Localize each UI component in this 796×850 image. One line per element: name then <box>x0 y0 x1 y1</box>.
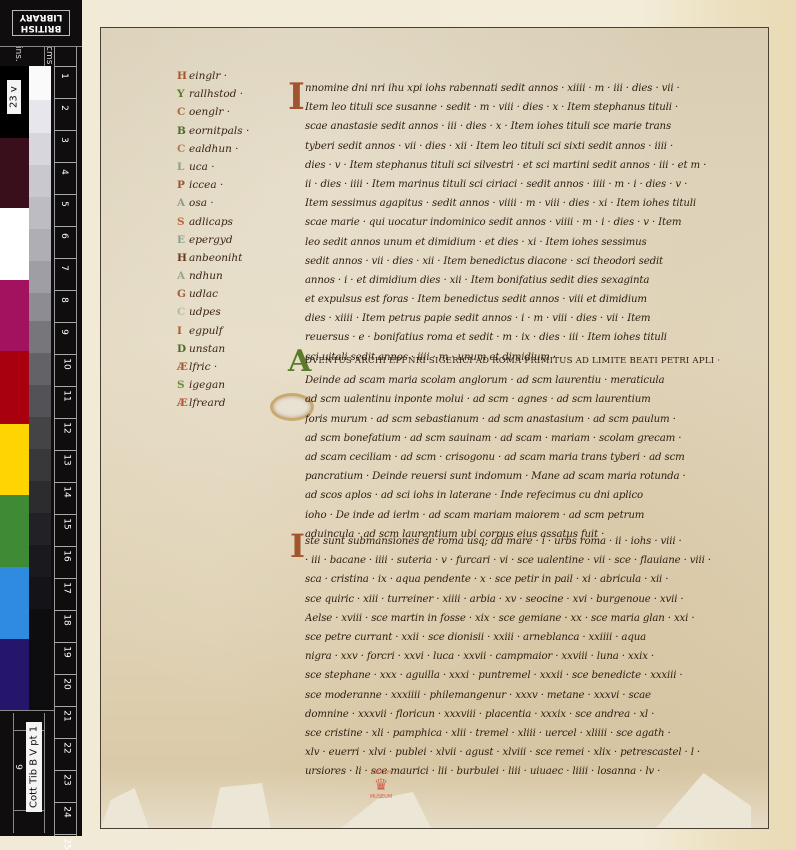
cm-tick: 13 <box>62 454 72 465</box>
ruler-divider <box>44 713 45 833</box>
cm-tick: 12 <box>62 422 72 433</box>
torn-area <box>211 783 271 828</box>
list-text: epergyd <box>189 234 233 246</box>
list-initial: A <box>177 267 189 285</box>
text-line: ioho · De inde ad ierlm · ad scam mariam… <box>305 506 765 525</box>
section2-heading: DVENTUS ARCHI EPI NRI SIGERICI AD ROMA P… <box>305 352 765 371</box>
list-item: Beornitpals · <box>177 122 287 140</box>
text-line: sce cristine · xli · pamphica · xlii · t… <box>305 724 770 743</box>
list-text: udpes <box>189 306 221 318</box>
text-line: dies · v · Item stephanus tituli sci sil… <box>305 156 765 175</box>
cm-tick: 3 <box>59 137 69 143</box>
text-line: · iii · bacane · iiii · suteria · v · fu… <box>305 551 770 570</box>
cm-tick: 15 <box>62 518 72 529</box>
swatch-yellow <box>0 424 29 495</box>
list-item: Heinglr · <box>177 67 287 85</box>
list-initial: Y <box>177 85 189 103</box>
cm-tick: 9 <box>59 329 69 335</box>
text-line: sce petre currant · xxii · sce dionisii … <box>305 628 770 647</box>
section3-text: ste sunt submansiones de roma usq; ad ma… <box>305 532 770 781</box>
text-line: et expulsus est foras · Item benedictus … <box>305 290 765 309</box>
grey-step <box>29 197 51 229</box>
cm-tick: 5 <box>59 201 69 207</box>
list-initial: I <box>177 322 189 340</box>
list-initial: L <box>177 158 189 176</box>
grey-step <box>29 513 51 545</box>
grey-step <box>29 229 51 261</box>
cm-tick: 4 <box>59 169 69 175</box>
cm-tick: 20 <box>62 678 72 689</box>
cm-tick: 16 <box>62 550 72 561</box>
list-text: adlicaps <box>189 216 233 228</box>
list-initial: D <box>177 340 189 358</box>
list-text: einglr · <box>189 70 227 82</box>
text-line: sce moderanne · xxxiiii · philemangenur … <box>305 686 770 705</box>
cm-scale: 1 2 3 4 5 6 7 8 9 10 11 12 13 14 15 16 1… <box>54 46 77 836</box>
list-item: Gudlac <box>177 285 287 303</box>
list-initial: P <box>177 176 189 194</box>
text-line: ii · dies · iiii · Item marinus tituli s… <box>305 175 765 194</box>
list-item: Eepergyd <box>177 231 287 249</box>
text-line: annos · i · et dimidium dies · xii · Ite… <box>305 271 765 290</box>
grey-step <box>29 545 51 577</box>
shelfmark-label: Cott Tib B V pt 1 <box>26 722 42 812</box>
list-item: Andhun <box>177 267 287 285</box>
text-line: scae marie · qui uocatur indominico sedi… <box>305 213 765 232</box>
text-line: Aelse · xviii · sce martin in fosse · xi… <box>305 609 770 628</box>
cm-tick: 1 <box>59 73 69 79</box>
swatch-magenta <box>0 280 29 351</box>
british-museum-stamp: BRITISH ♛ MUSEUM <box>360 770 402 808</box>
swatch-maroon <box>0 138 29 208</box>
list-item: Yrallhstod · <box>177 85 287 103</box>
swatch-blue <box>0 567 29 639</box>
list-item: Ælfric · <box>177 358 287 376</box>
grey-step <box>29 577 51 609</box>
cm-tick: 21 <box>62 710 72 721</box>
list-item: Ælfreard <box>177 394 287 412</box>
list-item: Hanbeoniht <box>177 249 287 267</box>
british-library-logo: BRITISH LIBRARY <box>12 10 70 36</box>
list-text: egpulf <box>189 325 223 337</box>
ruler-divider <box>44 46 45 66</box>
text-line: nnomine dni nri ihu xpi iohs rabennati s… <box>305 79 765 98</box>
list-text: ealdhun · <box>189 143 239 155</box>
list-initial: A <box>177 194 189 212</box>
grey-step <box>29 609 51 710</box>
list-initial: E <box>177 231 189 249</box>
swatch-white <box>0 208 29 280</box>
list-item: Luca · <box>177 158 287 176</box>
ruler-divider <box>0 710 54 711</box>
list-initial: C <box>177 303 189 321</box>
list-initial: S <box>177 213 189 231</box>
cm-tick: 10 <box>62 358 72 369</box>
cm-tick: 14 <box>62 486 72 497</box>
text-line: sedit annos · vii · dies · xii · Item be… <box>305 252 765 271</box>
text-line: Item leo tituli sce susanne · sedit · m … <box>305 98 765 117</box>
text-line: ad scm bonefatium · ad scm sauinam · ad … <box>305 429 765 448</box>
grey-step <box>29 261 51 293</box>
text-line: reuersus · e · bonifatius roma et sedit … <box>305 328 765 347</box>
text-line: leo sedit annos unum et dimidium · et di… <box>305 233 765 252</box>
swatch-red <box>0 351 29 424</box>
list-item: Dunstan <box>177 340 287 358</box>
grey-step <box>29 321 51 353</box>
cm-tick: 8 <box>59 297 69 303</box>
text-line: dies · xiiii · Item petrus papie sedit a… <box>305 309 765 328</box>
list-initial: S <box>177 376 189 394</box>
list-initial: C <box>177 103 189 121</box>
list-text: uca · <box>189 161 215 173</box>
list-text: lfric · <box>189 361 217 373</box>
cm-tick: 24 <box>62 806 72 817</box>
list-text: udlac <box>189 288 218 300</box>
list-text: rallhstod · <box>189 88 243 100</box>
list-text: oenglr · <box>189 106 230 118</box>
list-item: Sigegan <box>177 376 287 394</box>
cms-label: cms <box>44 46 54 62</box>
text-line: domnine · xxxvii · floricun · xxxviii · … <box>305 705 770 724</box>
text-line: pancratium · Deinde reuersi sunt indomum… <box>305 467 765 486</box>
list-item: Cealdhun · <box>177 140 287 158</box>
list-item: Cudpes <box>177 303 287 321</box>
grey-step <box>29 133 51 165</box>
grey-step <box>29 293 51 321</box>
ruler-divider <box>13 713 14 833</box>
list-initial: H <box>177 249 189 267</box>
margin-name-list: Heinglr · Yrallhstod · Coenglr · Beornit… <box>177 67 287 413</box>
stamp-bottom-text: MUSEUM <box>360 794 402 800</box>
cm-tick: 7 <box>59 265 69 271</box>
text-line: tyberi sedit annos · vii · dies · xii · … <box>305 137 765 156</box>
list-text: igegan <box>189 379 225 391</box>
section2-text: DVENTUS ARCHI EPI NRI SIGERICI AD ROMA P… <box>305 352 765 544</box>
text-line: foris murum · ad scm sebastianum · ad sc… <box>305 410 765 429</box>
text-line: sca · cristina · ix · aqua pendente · x … <box>305 570 770 589</box>
inches-label: ins. <box>13 46 23 62</box>
grey-step <box>29 353 51 385</box>
cm-tick: 22 <box>62 742 72 753</box>
text-line: Deinde ad scam maria scolam anglorum · a… <box>305 371 765 390</box>
list-initial: C <box>177 140 189 158</box>
grey-step <box>29 165 51 197</box>
cm-tick: 17 <box>62 582 72 593</box>
cm-tick: 23 <box>62 774 72 785</box>
cm-tick: 2 <box>59 105 69 111</box>
list-initial: Æ <box>177 394 189 412</box>
swatch-green <box>0 495 29 567</box>
text-line: ad scm ualentinu inponte molui · ad scm … <box>305 390 765 409</box>
grey-step <box>29 66 51 100</box>
list-initial: B <box>177 122 189 140</box>
calibration-ruler: BRITISH LIBRARY ins. cms 23 v 9 Cott Tib… <box>0 0 82 836</box>
cm-tick: 11 <box>62 390 72 401</box>
list-text: ndhun <box>189 270 223 282</box>
text-line: ste sunt submansiones de roma usq; ad ma… <box>305 532 770 551</box>
list-item: Sadlicaps <box>177 213 287 231</box>
list-item: Coenglr · <box>177 103 287 121</box>
cm-tick: 18 <box>62 614 72 625</box>
text-line: ad scam ceciliam · ad scm · crisogonu · … <box>305 448 765 467</box>
list-text: osa · <box>189 197 214 209</box>
grey-step <box>29 100 51 133</box>
list-text: eornitpals · <box>189 125 249 137</box>
text-line: sce quiric · xiii · turreiner · xiiii · … <box>305 590 770 609</box>
section1-initial: I <box>288 76 305 118</box>
list-initial: Æ <box>177 358 189 376</box>
text-line: scae anastasie sedit annos · iii · dies … <box>305 117 765 136</box>
cm-tick: 6 <box>59 233 69 239</box>
grey-step <box>29 481 51 513</box>
grey-step <box>29 417 51 449</box>
swatch-indigo <box>0 639 29 710</box>
list-text: lfreard <box>189 397 225 409</box>
text-line: nigra · xxv · forcri · xxvi · luca · xxv… <box>305 647 770 666</box>
grey-step <box>29 385 51 417</box>
list-initial: H <box>177 67 189 85</box>
cm-tick: 19 <box>62 646 72 657</box>
folio-label: 23 v <box>7 80 21 114</box>
list-item: Piccea · <box>177 176 287 194</box>
text-line: sce stephane · xxx · aguilla · xxxi · pu… <box>305 666 770 685</box>
list-text: unstan <box>189 343 225 355</box>
list-initial: G <box>177 285 189 303</box>
grey-step <box>29 449 51 481</box>
list-item: Aosa · <box>177 194 287 212</box>
list-text: iccea · <box>189 179 223 191</box>
text-line: xlv · euerri · xlvi · publei · xlvii · a… <box>305 743 770 762</box>
section1-text: nnomine dni nri ihu xpi iohs rabennati s… <box>305 79 765 367</box>
text-line: Item sessimus agapitus · sedit annos · v… <box>305 194 765 213</box>
crown-icon: ♛ <box>360 776 402 794</box>
inch-mark-9: 9 <box>13 764 23 770</box>
cm-tick: 25 <box>62 838 72 849</box>
section3-initial: I <box>290 527 305 565</box>
list-text: anbeoniht <box>189 252 242 264</box>
list-item: Iegpulf <box>177 322 287 340</box>
text-line: ad scos aplos · ad sci iohs in laterane … <box>305 486 765 505</box>
